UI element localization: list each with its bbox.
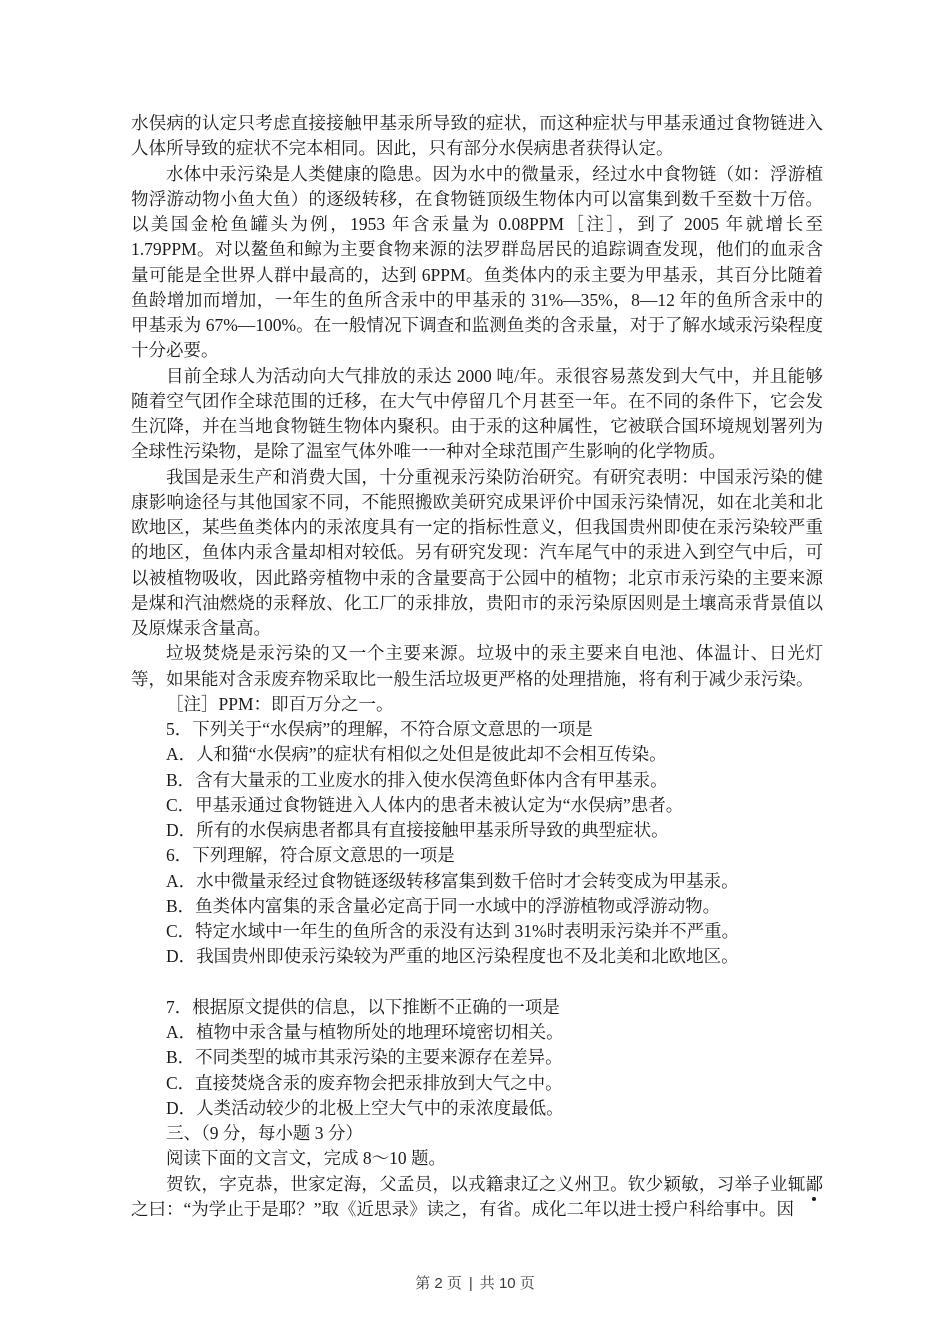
answer-option: A．水中微量汞经过食物链逐级转移富集到数千倍时才会转变成为甲基汞。 xyxy=(131,869,823,894)
text-segment: 5．下列关于“水俣病”的理解，不符合原文意思的一项是 xyxy=(166,719,593,739)
text-segment: 贺钦，字克恭，世家定海，父孟员，以戎籍隶辽之义州卫。钦少颖敏，习举子业辄 xyxy=(166,1174,806,1194)
text-segment: D．我国贵州即使汞污染较为严重的地区污染程度也不及北美和北欧地区。 xyxy=(166,946,739,966)
text-segment: 三、（9 分，每小题 3 分） xyxy=(166,1123,363,1143)
text-segment: B．鱼类体内富集的汞含量必定高于同一水域中的浮游植物或浮游动物。 xyxy=(166,896,720,916)
text-segment: 目前全球人为活动向大气排放的汞达 2000 吨/年。汞很容易蒸发到大气中，并且能… xyxy=(131,366,823,462)
answer-option: B．不同类型的城市其汞污染的主要来源存在差异。 xyxy=(131,1045,823,1070)
document-body: 水俣病的认定只考虑直接接触甲基汞所导致的症状，而这种症状与甲基汞通过食物链进入人… xyxy=(131,111,823,1222)
answer-option: C．甲基汞通过食物链进入人体内的患者未被认定为“水俣病”患者。 xyxy=(131,793,823,818)
text-segment: ［注］PPM：即百万分之一。 xyxy=(166,694,394,714)
text-segment: 之曰：“为学止于是耶？”取《近思录》读之，有省。成化二年以进士授户科给事中。因 xyxy=(131,1199,794,1219)
text-segment: B．不同类型的城市其汞污染的主要来源存在差异。 xyxy=(166,1047,563,1067)
answer-option: C．特定水域中一年生的鱼所含的汞没有达到 31%时表明汞污染并不严重。 xyxy=(131,919,823,944)
page-number: 第 2 页 xyxy=(415,1275,462,1292)
question-stem: 7．根据原文提供的信息，以下推断不正确的一项是 xyxy=(131,995,823,1020)
text-segment: A．水中微量汞经过食物链逐级转移富集到数千倍时才会转变成为甲基汞。 xyxy=(166,871,739,891)
question-stem: 6．下列理解，符合原文意思的一项是 xyxy=(131,843,823,868)
passage-paragraph: 贺钦，字克恭，世家定海，父孟员，以戎籍隶辽之义州卫。钦少颖敏，习举子业辄鄙之曰：… xyxy=(131,1172,823,1223)
answer-option: D．所有的水俣病患者都具有直接接触甲基汞所导致的典型症状。 xyxy=(131,818,823,843)
paragraph-continuation: 水俣病的认定只考虑直接接触甲基汞所导致的症状，而这种症状与甲基汞通过食物链进入人… xyxy=(131,111,823,162)
text-segment: A．人和猫“水俣病”的症状有相似之处但是彼此却不会相互传染。 xyxy=(166,744,667,764)
body-paragraph: 垃圾焚烧是汞污染的又一个主要来源。垃圾中的汞主要来自电池、体温计、日光灯等，如果… xyxy=(131,641,823,692)
text-segment: 7．根据原文提供的信息，以下推断不正确的一项是 xyxy=(166,997,560,1017)
text-segment: B．含有大量汞的工业废水的排入使水俣湾鱼虾体内含有甲基汞。 xyxy=(166,770,668,790)
text-segment: D．人类活动较少的北极上空大气中的汞浓度最低。 xyxy=(166,1098,564,1118)
text-segment: D．所有的水俣病患者都具有直接接触甲基汞所导致的典型症状。 xyxy=(166,820,669,840)
page-footer: 第 2 页|共 10 页 xyxy=(0,1272,950,1293)
page-total: 共 10 页 xyxy=(480,1275,535,1292)
footer-separator: | xyxy=(469,1275,473,1292)
text-segment: C．特定水域中一年生的鱼所含的汞没有达到 31%时表明汞污染并不严重。 xyxy=(166,921,739,941)
answer-option: B．含有大量汞的工业废水的排入使水俣湾鱼虾体内含有甲基汞。 xyxy=(131,768,823,793)
text-segment: A．植物中汞含量与植物所处的地理环境密切相关。 xyxy=(166,1022,564,1042)
text-segment: 6．下列理解，符合原文意思的一项是 xyxy=(166,845,455,865)
answer-option: A．人和猫“水俣病”的症状有相似之处但是彼此却不会相互传染。 xyxy=(131,742,823,767)
text-segment: 水体中汞污染是人类健康的隐患。因为水中的微量汞，经过水中食物链（如：浮游植物浮游… xyxy=(131,164,823,361)
section-heading: 三、（9 分，每小题 3 分） xyxy=(131,1121,823,1146)
text-segment: 阅读下面的文言文，完成 8～10 题。 xyxy=(166,1148,446,1168)
text-segment: 水俣病的认定只考虑直接接触甲基汞所导致的症状，而这种症状与甲基汞通过食物链进入人… xyxy=(131,113,823,158)
body-paragraph: 水体中汞污染是人类健康的隐患。因为水中的微量汞，经过水中食物链（如：浮游植物浮游… xyxy=(131,162,823,364)
note-line: ［注］PPM：即百万分之一。 xyxy=(131,692,823,717)
text-segment: C．甲基汞通过食物链进入人体内的患者未被认定为“水俣病”患者。 xyxy=(166,795,683,815)
answer-option: A．植物中汞含量与植物所处的地理环境密切相关。 xyxy=(131,1020,823,1045)
answer-option: C．直接焚烧含汞的废弃物会把汞排放到大气之中。 xyxy=(131,1071,823,1096)
question-stem: 5．下列关于“水俣病”的理解，不符合原文意思的一项是 xyxy=(131,717,823,742)
answer-option: D．我国贵州即使汞污染较为严重的地区污染程度也不及北美和北欧地区。 xyxy=(131,944,823,969)
blank-line xyxy=(131,970,823,995)
body-paragraph: 目前全球人为活动向大气排放的汞达 2000 吨/年。汞很容易蒸发到大气中，并且能… xyxy=(131,364,823,465)
body-paragraph: 我国是汞生产和消费大国，十分重视汞污染防治研究。有研究表明：中国汞污染的健康影响… xyxy=(131,465,823,642)
answer-option: D．人类活动较少的北极上空大气中的汞浓度最低。 xyxy=(131,1096,823,1121)
text-segment: C．直接焚烧含汞的废弃物会把汞排放到大气之中。 xyxy=(166,1073,563,1093)
instruction-line: 阅读下面的文言文，完成 8～10 题。 xyxy=(131,1146,823,1171)
text-segment: 垃圾焚烧是汞污染的又一个主要来源。垃圾中的汞主要来自电池、体温计、日光灯等，如果… xyxy=(131,643,823,688)
answer-option: B．鱼类体内富集的汞含量必定高于同一水域中的浮游植物或浮游动物。 xyxy=(131,894,823,919)
text-segment: 我国是汞生产和消费大国，十分重视汞污染防治研究。有研究表明：中国汞污染的健康影响… xyxy=(131,467,823,639)
emphasized-char: 鄙 xyxy=(806,1174,824,1194)
